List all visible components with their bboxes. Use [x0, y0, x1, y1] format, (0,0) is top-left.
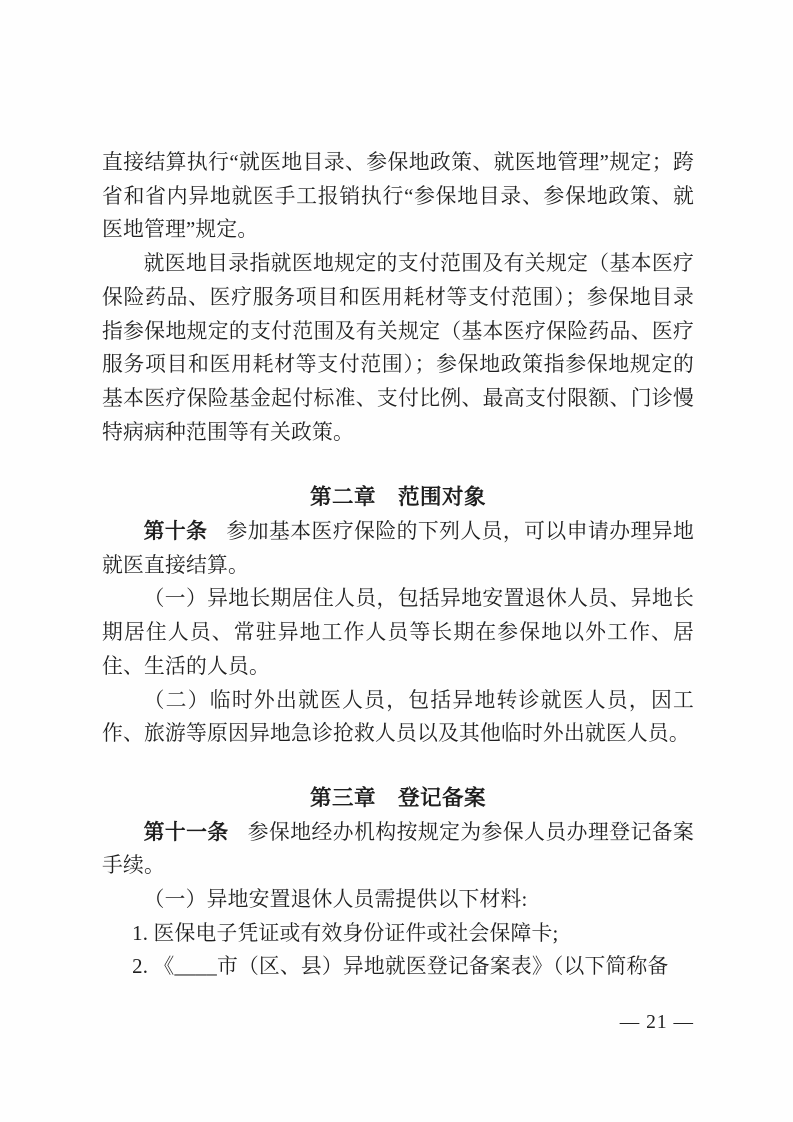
chapter-3-heading: 第三章 登记备案: [102, 782, 694, 816]
material-item-2: 2. 《____市（区、县）异地就医登记备案表》（以下简称备: [102, 950, 694, 984]
page-number: — 21 —: [102, 1011, 694, 1035]
article-10-label: 第十条: [144, 520, 208, 543]
paragraph-definitions: 就医地目录指就医地规定的支付范围及有关规定（基本医疗保险药品、医疗服务项目和医用…: [102, 247, 694, 449]
document-page: 直接结算执行“就医地目录、参保地政策、就医地管理”规定；跨省和省内异地就医手工报…: [0, 0, 793, 1122]
scope-item-2: （二）临时外出就医人员，包括异地转诊就医人员，因工作、旅游等原因异地急诊抢救人员…: [102, 684, 694, 751]
material-item-1: 1. 医保电子凭证或有效身份证件或社会保障卡;: [102, 917, 694, 951]
article-11-paragraph: 第十一条参保地经办机构按规定为参保人员办理登记备案手续。: [102, 816, 694, 883]
paragraph-continuation: 直接结算执行“就医地目录、参保地政策、就医地管理”规定；跨省和省内异地就医手工报…: [102, 146, 694, 247]
registration-sub-item-1: （一）异地安置退休人员需提供以下材料:: [102, 883, 694, 917]
article-11-label: 第十一条: [144, 821, 229, 844]
chapter-2-heading: 第二章 范围对象: [102, 481, 694, 515]
article-10-paragraph: 第十条参加基本医疗保险的下列人员，可以申请办理异地就医直接结算。: [102, 515, 694, 582]
scope-item-1: （一）异地长期居住人员，包括异地安置退休人员、异地长期居住人员、常驻异地工作人员…: [102, 582, 694, 683]
document-body: 直接结算执行“就医地目录、参保地政策、就医地管理”规定；跨省和省内异地就医手工报…: [102, 146, 694, 984]
